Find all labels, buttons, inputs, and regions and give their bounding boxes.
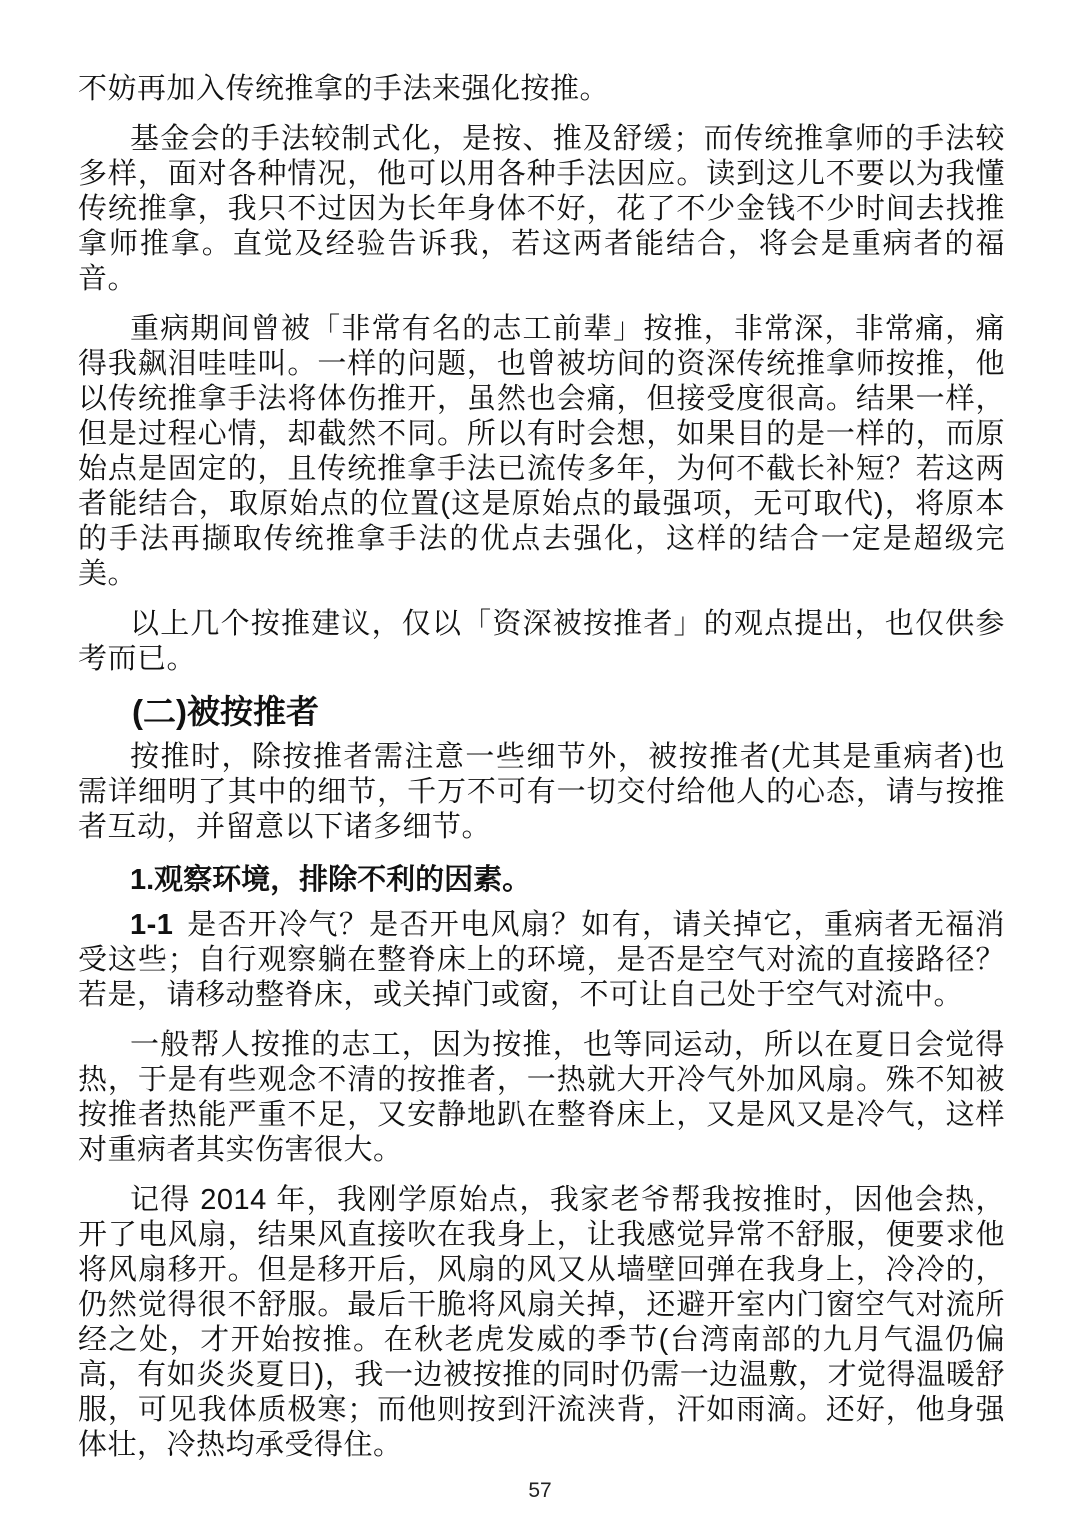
section-heading: (二)被按推者 (78, 692, 1005, 732)
body-text: 不妨再加入传统推拿的手法来强化按推。 基金会的手法较制式化，是按、推及舒缓；而传… (78, 72, 1005, 1463)
paragraph: 一般帮人按推的志工，因为按推，也等同运动，所以在夏日会觉得热，于是有些观念不清的… (78, 1028, 1005, 1168)
paragraph-number-label: 1-1 (130, 909, 173, 941)
page-number: 57 (0, 1478, 1080, 1504)
paragraph-text: 是否开冷气？是否开电风扇？如有，请关掉它，重病者无福消受这些；自行观察躺在整脊床… (78, 909, 1005, 1011)
paragraph: 记得 2014 年，我刚学原始点，我家老爷帮我按推时，因他会热，开了电风扇，结果… (78, 1183, 1005, 1463)
paragraph: 以上几个按推建议，仅以「资深被按推者」的观点提出，也仅供参考而已。 (78, 607, 1005, 677)
paragraph-numbered: 1-1是否开冷气？是否开电风扇？如有，请关掉它，重病者无福消受这些；自行观察躺在… (78, 908, 1005, 1013)
paragraph: 按推时，除按推者需注意一些细节外，被按推者(尤其是重病者)也需详细明了其中的细节… (78, 740, 1005, 845)
paragraph: 基金会的手法较制式化，是按、推及舒缓；而传统推拿师的手法较多样，面对各种情况，他… (78, 122, 1005, 297)
paragraph: 重病期间曾被「非常有名的志工前辈」按推，非常深，非常痛，痛得我飙泪哇哇叫。一样的… (78, 312, 1005, 592)
document-page: 不妨再加入传统推拿的手法来强化按推。 基金会的手法较制式化，是按、推及舒缓；而传… (0, 0, 1080, 1526)
paragraph-continuation: 不妨再加入传统推拿的手法来强化按推。 (78, 72, 1005, 107)
subsection-heading: 1.观察环境，排除不利的因素。 (78, 860, 1005, 900)
